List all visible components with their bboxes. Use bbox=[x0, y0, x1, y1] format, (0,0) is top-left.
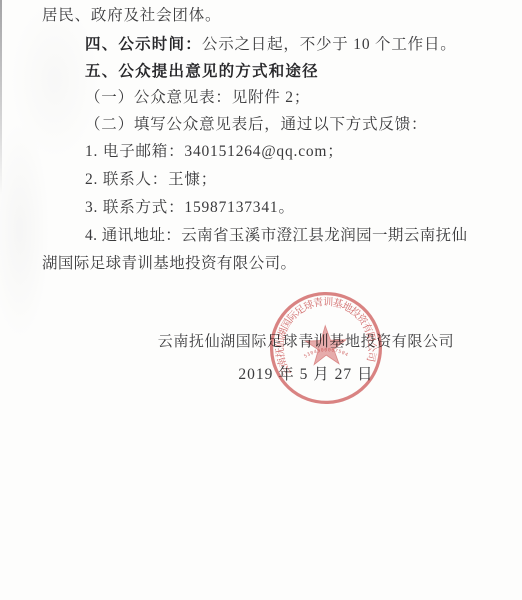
contact-person-text: 2. 联系人：王慷； bbox=[85, 171, 217, 188]
document-page: 居民、政府及社会团体。 四、公示时间：公示之日起，不少于 10 个工作日。 五、… bbox=[0, 0, 522, 600]
address-line-1: 4. 通讯地址：云南省玉溪市澄江县龙润园一期云南抚仙 bbox=[85, 226, 467, 246]
contact-person-line: 2. 联系人：王慷； bbox=[85, 170, 217, 190]
section-5-heading-line: 五、公众提出意见的方式和途径 bbox=[85, 61, 319, 82]
bleed-through-smudge bbox=[0, 120, 50, 340]
email-text: 1. 电子邮箱：340151264@qq.com； bbox=[85, 143, 344, 160]
address-text-2: 湖国际足球青训基地投资有限公司。 bbox=[42, 255, 296, 272]
signature-date: 2019 年 5 月 27 日 bbox=[130, 362, 482, 384]
signature-company-name: 云南抚仙湖国际足球青训基地投资有限公司 bbox=[130, 330, 482, 351]
body-text: 居民、政府及社会团体。 bbox=[42, 7, 221, 24]
signature-block: 云南抚仙湖国际足球青训基地投资有限公司 2019 年 5 月 27 日 bbox=[130, 330, 482, 384]
phone-text: 3. 联系方式：15987137341。 bbox=[85, 199, 295, 216]
paragraph-continuation: 居民、政府及社会团体。 bbox=[42, 6, 221, 26]
section-4-text: 公示之日起，不少于 10 个工作日。 bbox=[202, 36, 457, 53]
item-1-line: （一）公众意见表：见附件 2； bbox=[85, 88, 310, 108]
email-line: 1. 电子邮箱：340151264@qq.com； bbox=[85, 142, 344, 162]
scan-edge-artifact bbox=[0, 0, 2, 195]
phone-line: 3. 联系方式：15987137341。 bbox=[85, 198, 295, 218]
item-2-text: （二）填写公众意见表后，通过以下方式反馈： bbox=[85, 116, 427, 133]
section-4-heading: 四、公示时间： bbox=[85, 35, 202, 53]
item-1-text: （一）公众意见表：见附件 2； bbox=[85, 89, 310, 106]
item-2-line: （二）填写公众意见表后，通过以下方式反馈： bbox=[85, 115, 427, 135]
section-4-heading-line: 四、公示时间：公示之日起，不少于 10 个工作日。 bbox=[85, 34, 457, 55]
section-5-heading: 五、公众提出意见的方式和途径 bbox=[85, 62, 319, 80]
address-line-2: 湖国际足球青训基地投资有限公司。 bbox=[42, 254, 296, 274]
address-text-1: 4. 通讯地址：云南省玉溪市澄江县龙润园一期云南抚仙 bbox=[85, 227, 467, 244]
